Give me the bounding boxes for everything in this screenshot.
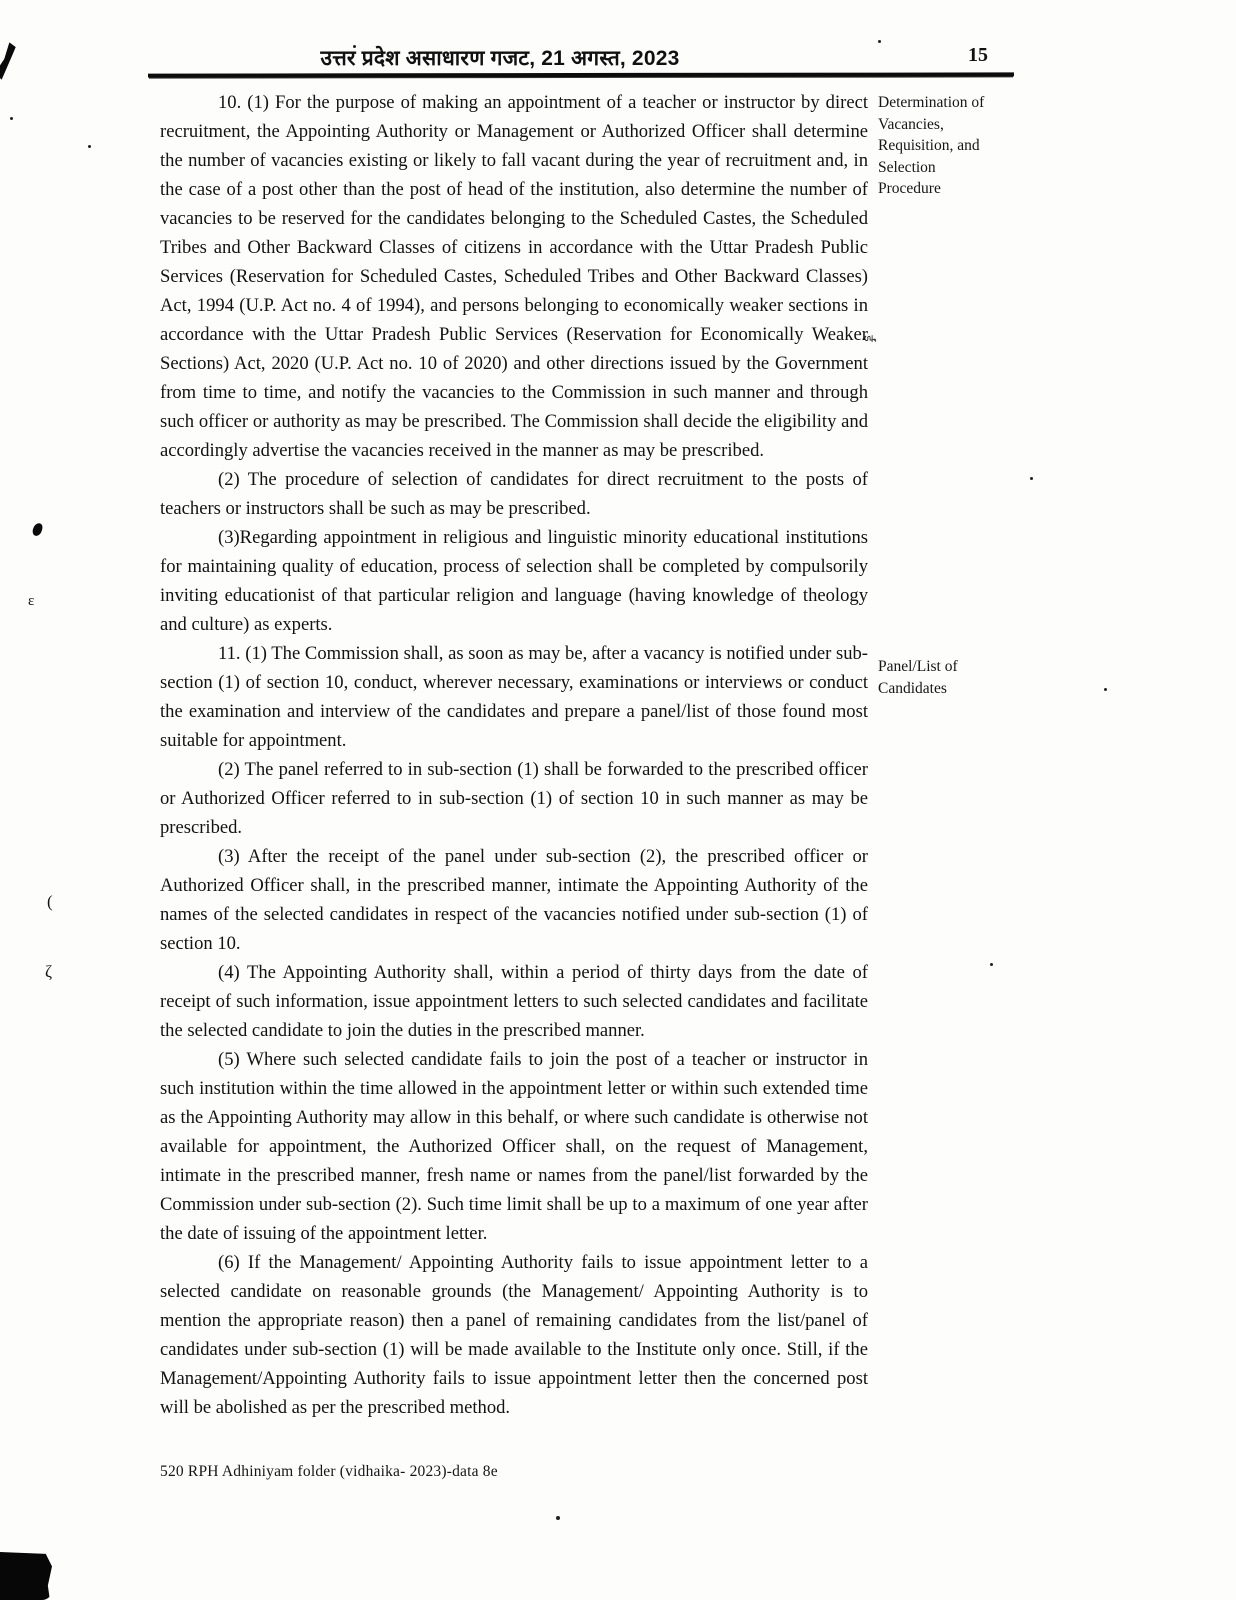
stray-mark-rotated: ईं <box>863 335 876 341</box>
ink-blob-left-margin <box>31 522 43 537</box>
margin-note-panel-list-of-candidates: Panel/List of Candidates <box>878 656 998 699</box>
statute-paragraph: (5) Where such selected candidate fails … <box>160 1045 868 1248</box>
gazette-header-title: उत्तर प्रदेश असाधारण गजट, 21 अगस्त, 2023 <box>150 44 850 72</box>
scan-dot <box>88 145 91 148</box>
statute-paragraph: 11. (1) The Commission shall, as soon as… <box>160 639 868 755</box>
printer-imprint: 520 RPH Adhiniyam folder (vidhaika- 2023… <box>160 1463 498 1481</box>
scan-dot <box>990 963 993 966</box>
page-number: 15 <box>968 44 988 67</box>
margin-note-determination-of-vacancies: Determination of Vacancies, Requisition,… <box>878 92 998 200</box>
statute-paragraph: (6) If the Management/ Appointing Author… <box>160 1248 868 1422</box>
stray-mark-paren-1: ( <box>47 893 53 910</box>
statute-paragraph: (4) The Appointing Authority shall, with… <box>160 958 868 1045</box>
statute-paragraph: (2) The panel referred to in sub-section… <box>160 755 868 842</box>
statute-paragraph: (2) The procedure of selection of candid… <box>160 465 868 523</box>
gazette-page: उत्तर प्रदेश असाधारण गजट, 21 अगस्त, 2023… <box>0 0 1236 1600</box>
ink-block-bottom-left <box>0 1552 52 1600</box>
scan-dot <box>556 1516 560 1520</box>
statute-paragraph: (3) After the receipt of the panel under… <box>160 842 868 958</box>
statute-paragraph: 10. (1) For the purpose of making an app… <box>160 88 868 465</box>
statute-paragraph: (3)Regarding appointment in religious an… <box>160 523 868 639</box>
scan-dot <box>1030 477 1033 480</box>
stray-mark-epsilon: ε <box>28 594 34 609</box>
body-text: 10. (1) For the purpose of making an app… <box>160 88 868 1422</box>
header-rule <box>148 72 1014 77</box>
scan-dot <box>10 117 13 120</box>
stray-mark-paren-2: ζ <box>45 963 52 980</box>
scan-dot <box>353 45 356 48</box>
scan-dot <box>878 40 881 43</box>
ink-smudge-top-left <box>0 42 17 80</box>
scan-dot <box>1104 688 1107 691</box>
